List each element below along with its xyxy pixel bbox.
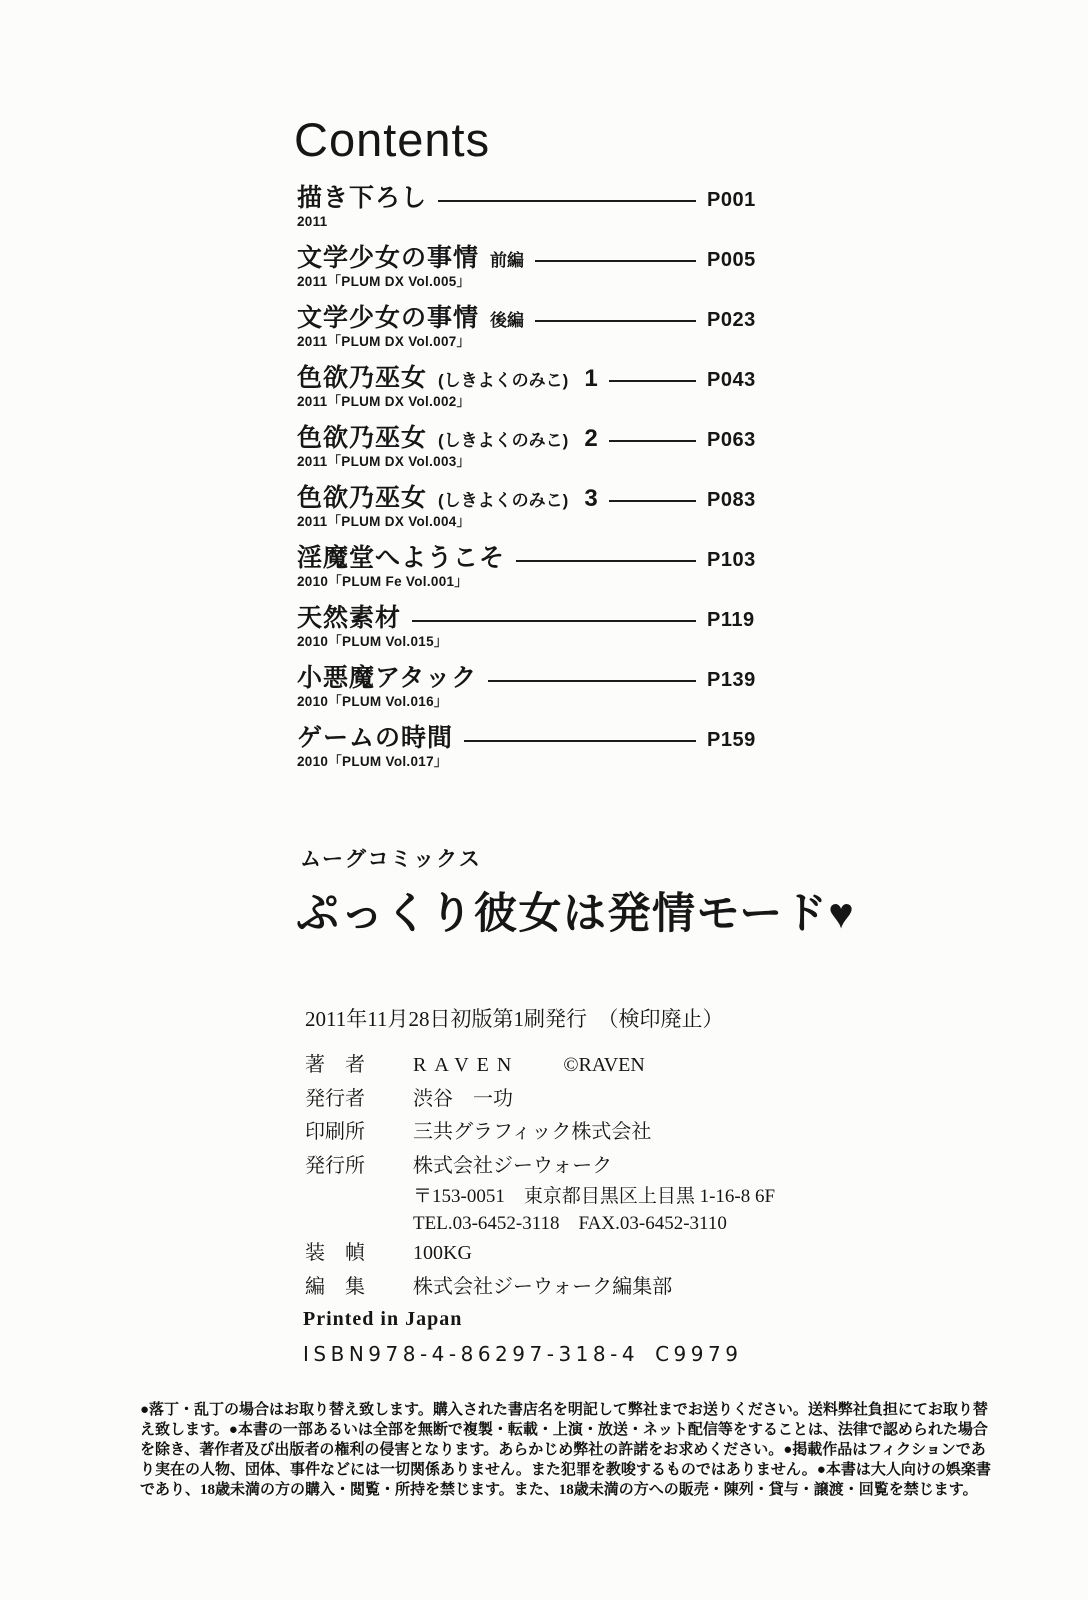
colophon-value: 100KG — [413, 1237, 472, 1271]
toc-page-number: P119 — [707, 609, 759, 632]
toc-page-number: P103 — [707, 549, 759, 572]
toc-row: 色欲乃巫女 (しきよくのみこ) 2 P063 — [297, 424, 759, 453]
isbn-category-code: C9979 — [655, 1342, 742, 1366]
toc-leader-line — [535, 260, 696, 262]
colophon-value: TEL.03-6452-3118 FAX.03-6452-3110 — [413, 1210, 727, 1237]
toc-entry: 描き下ろし P001 2011 — [297, 184, 759, 244]
toc-title: 文学少女の事情 — [297, 304, 479, 333]
toc-page-number: P001 — [707, 189, 759, 212]
book-title: ぷっくり彼女は発情モード♥ — [296, 880, 855, 941]
footer-legal-line: であり、18歳未満の方の購入・閲覧・所持を禁じます。また、18歳未満の方への販売… — [140, 1480, 976, 1500]
colophon-label: 編 集 — [305, 1271, 371, 1305]
toc-page-number: P063 — [707, 429, 759, 452]
toc-page-number: P043 — [707, 369, 759, 392]
toc-subtitle: (しきよくのみこ) — [438, 486, 568, 511]
colophon-date-line: 2011年11月28日初版第1刷発行 （検印廃止） — [305, 1004, 775, 1034]
toc-title: 色欲乃巫女 — [297, 484, 427, 513]
footer-legal-line: え致します。●本書の一部あるいは全部を無断で複製・転載・上演・放送・ネット配信等… — [140, 1420, 976, 1440]
colophon-label: 発行者 — [305, 1083, 371, 1117]
toc-entry: 淫魔堂へようこそ P103 2010「PLUM Fe Vol.001」 — [297, 544, 759, 604]
colophon-value: 渋谷 一功 — [413, 1083, 513, 1117]
toc-leader-line — [609, 380, 696, 382]
toc-row: 淫魔堂へようこそ P103 — [297, 544, 759, 573]
footer-legal: ●落丁・乱丁の場合はお取り替え致します。購入された書店名を明記して弊社までお送り… — [140, 1400, 976, 1500]
toc-leader-line — [609, 440, 696, 442]
colophon-label — [305, 1210, 371, 1237]
footer-legal-line: ●落丁・乱丁の場合はお取り替え致します。購入された書店名を明記して弊社までお送り… — [140, 1400, 976, 1420]
toc-title: 色欲乃巫女 — [297, 424, 427, 453]
toc-chapter-number: 1 — [584, 365, 597, 393]
toc-entry: ゲームの時間 P159 2010「PLUM Vol.017」 — [297, 724, 759, 784]
colophon-value: 株式会社ジーウォーク編集部 — [413, 1271, 672, 1305]
footer-legal-line: り実在の人物、団体、事件などには一切関係ありません。また犯罪を教唆するものではあ… — [140, 1460, 976, 1480]
toc-leader-line — [464, 740, 696, 742]
toc-entry: 小悪魔アタック P139 2010「PLUM Vol.016」 — [297, 664, 759, 724]
colophon-label: 発行所 — [305, 1150, 371, 1184]
printed-in-japan: Printed in Japan — [303, 1308, 462, 1331]
isbn-number: ISBN978-4-86297-318-4 — [303, 1342, 639, 1366]
colophon-label: 著 者 — [305, 1049, 371, 1083]
colophon: 2011年11月28日初版第1刷発行 （検印廃止） 著 者 RAVEN ©RAV… — [305, 1004, 775, 1304]
toc-source: 2010「PLUM Vol.015」 — [297, 634, 759, 650]
toc-row: 描き下ろし P001 — [297, 184, 759, 213]
isbn-line: ISBN978-4-86297-318-4C9979 — [303, 1342, 742, 1366]
colophon-row: 装 幀 100KG — [305, 1237, 775, 1271]
toc-list: 描き下ろし P001 2011 文学少女の事情 前編 P005 2011「PLU… — [297, 184, 759, 784]
toc-row: 文学少女の事情 後編 P023 — [297, 304, 759, 333]
colophon-copyright: ©RAVEN — [563, 1049, 645, 1083]
toc-title: 小悪魔アタック — [297, 664, 477, 693]
toc-leader-line — [535, 320, 696, 322]
toc-row: 色欲乃巫女 (しきよくのみこ) 1 P043 — [297, 364, 759, 393]
toc-row: 小悪魔アタック P139 — [297, 664, 759, 693]
toc-entry: 色欲乃巫女 (しきよくのみこ) 2 P063 2011「PLUM DX Vol.… — [297, 424, 759, 484]
toc-title: 天然素材 — [297, 604, 401, 633]
footer-legal-line: を除き、著作者及び出版者の権利の侵害となります。あらかじめ弊社の許諾をお求めくだ… — [140, 1440, 976, 1460]
toc-source: 2010「PLUM Vol.016」 — [297, 694, 759, 710]
toc-subtitle: (しきよくのみこ) — [438, 426, 568, 451]
toc-page-number: P139 — [707, 669, 759, 692]
toc-source: 2011 — [297, 214, 759, 230]
toc-leader-line — [488, 680, 696, 682]
toc-leader-line — [438, 200, 696, 202]
toc-leader-line — [412, 620, 696, 622]
toc-title: 色欲乃巫女 — [297, 364, 427, 393]
toc-source: 2011「PLUM DX Vol.004」 — [297, 514, 759, 530]
toc-chapter-number: 3 — [584, 485, 597, 513]
toc-title: ゲームの時間 — [297, 724, 453, 753]
toc-title: 文学少女の事情 — [297, 244, 479, 273]
colophon-row: 発行者 渋谷 一功 — [305, 1083, 775, 1117]
toc-subtitle: 後編 — [490, 306, 524, 331]
imprint-label: ムーグコミックス — [300, 843, 482, 873]
toc-source: 2010「PLUM Vol.017」 — [297, 754, 759, 770]
toc-source: 2010「PLUM Fe Vol.001」 — [297, 574, 759, 590]
colophon-rows: 著 者 RAVEN ©RAVEN 発行者 渋谷 一功 印刷所 三共グラフィック株… — [305, 1049, 775, 1304]
colophon-value: 株式会社ジーウォーク — [413, 1150, 612, 1184]
colophon-value: 三共グラフィック株式会社 — [413, 1116, 651, 1150]
toc-page-number: P005 — [707, 249, 759, 272]
toc-chapter-number: 2 — [584, 425, 597, 453]
toc-page-number: P083 — [707, 489, 759, 512]
toc-page-number: P159 — [707, 729, 759, 752]
toc-entry: 色欲乃巫女 (しきよくのみこ) 3 P083 2011「PLUM DX Vol.… — [297, 484, 759, 544]
toc-row: ゲームの時間 P159 — [297, 724, 759, 753]
toc-page-number: P023 — [707, 309, 759, 332]
toc-subtitle: (しきよくのみこ) — [438, 366, 568, 391]
colophon-row: 編 集 株式会社ジーウォーク編集部 — [305, 1271, 775, 1305]
colophon-label — [305, 1183, 371, 1210]
toc-entry: 色欲乃巫女 (しきよくのみこ) 1 P043 2011「PLUM DX Vol.… — [297, 364, 759, 424]
toc-subtitle: 前編 — [490, 246, 524, 271]
toc-title: 淫魔堂へようこそ — [297, 544, 505, 573]
toc-title: 描き下ろし — [297, 184, 427, 213]
toc-source: 2011「PLUM DX Vol.002」 — [297, 394, 759, 410]
colophon-row: 発行所 株式会社ジーウォーク — [305, 1150, 775, 1184]
toc-row: 天然素材 P119 — [297, 604, 759, 633]
toc-row: 色欲乃巫女 (しきよくのみこ) 3 P083 — [297, 484, 759, 513]
toc-row: 文学少女の事情 前編 P005 — [297, 244, 759, 273]
toc-entry: 天然素材 P119 2010「PLUM Vol.015」 — [297, 604, 759, 664]
toc-entry: 文学少女の事情 後編 P023 2011「PLUM DX Vol.007」 — [297, 304, 759, 364]
toc-source: 2011「PLUM DX Vol.005」 — [297, 274, 759, 290]
colophon-label: 印刷所 — [305, 1116, 371, 1150]
toc-source: 2011「PLUM DX Vol.007」 — [297, 334, 759, 350]
colophon-row: 〒153-0051 東京都目黒区上目黒 1-16-8 6F — [305, 1183, 775, 1210]
colophon-row: TEL.03-6452-3118 FAX.03-6452-3110 — [305, 1210, 775, 1237]
toc-entry: 文学少女の事情 前編 P005 2011「PLUM DX Vol.005」 — [297, 244, 759, 304]
toc-leader-line — [609, 500, 696, 502]
colophon-value: 〒153-0051 東京都目黒区上目黒 1-16-8 6F — [413, 1183, 775, 1210]
colophon-row: 著 者 RAVEN ©RAVEN — [305, 1049, 775, 1083]
toc-source: 2011「PLUM DX Vol.003」 — [297, 454, 759, 470]
colophon-value: RAVEN — [413, 1049, 519, 1083]
page-title: Contents — [294, 112, 490, 167]
colophon-row: 印刷所 三共グラフィック株式会社 — [305, 1116, 775, 1150]
colophon-label: 装 幀 — [305, 1237, 371, 1271]
toc-leader-line — [516, 560, 696, 562]
book-page: Contents 描き下ろし P001 2011 文学少女の事情 前編 P005… — [0, 0, 1088, 1600]
